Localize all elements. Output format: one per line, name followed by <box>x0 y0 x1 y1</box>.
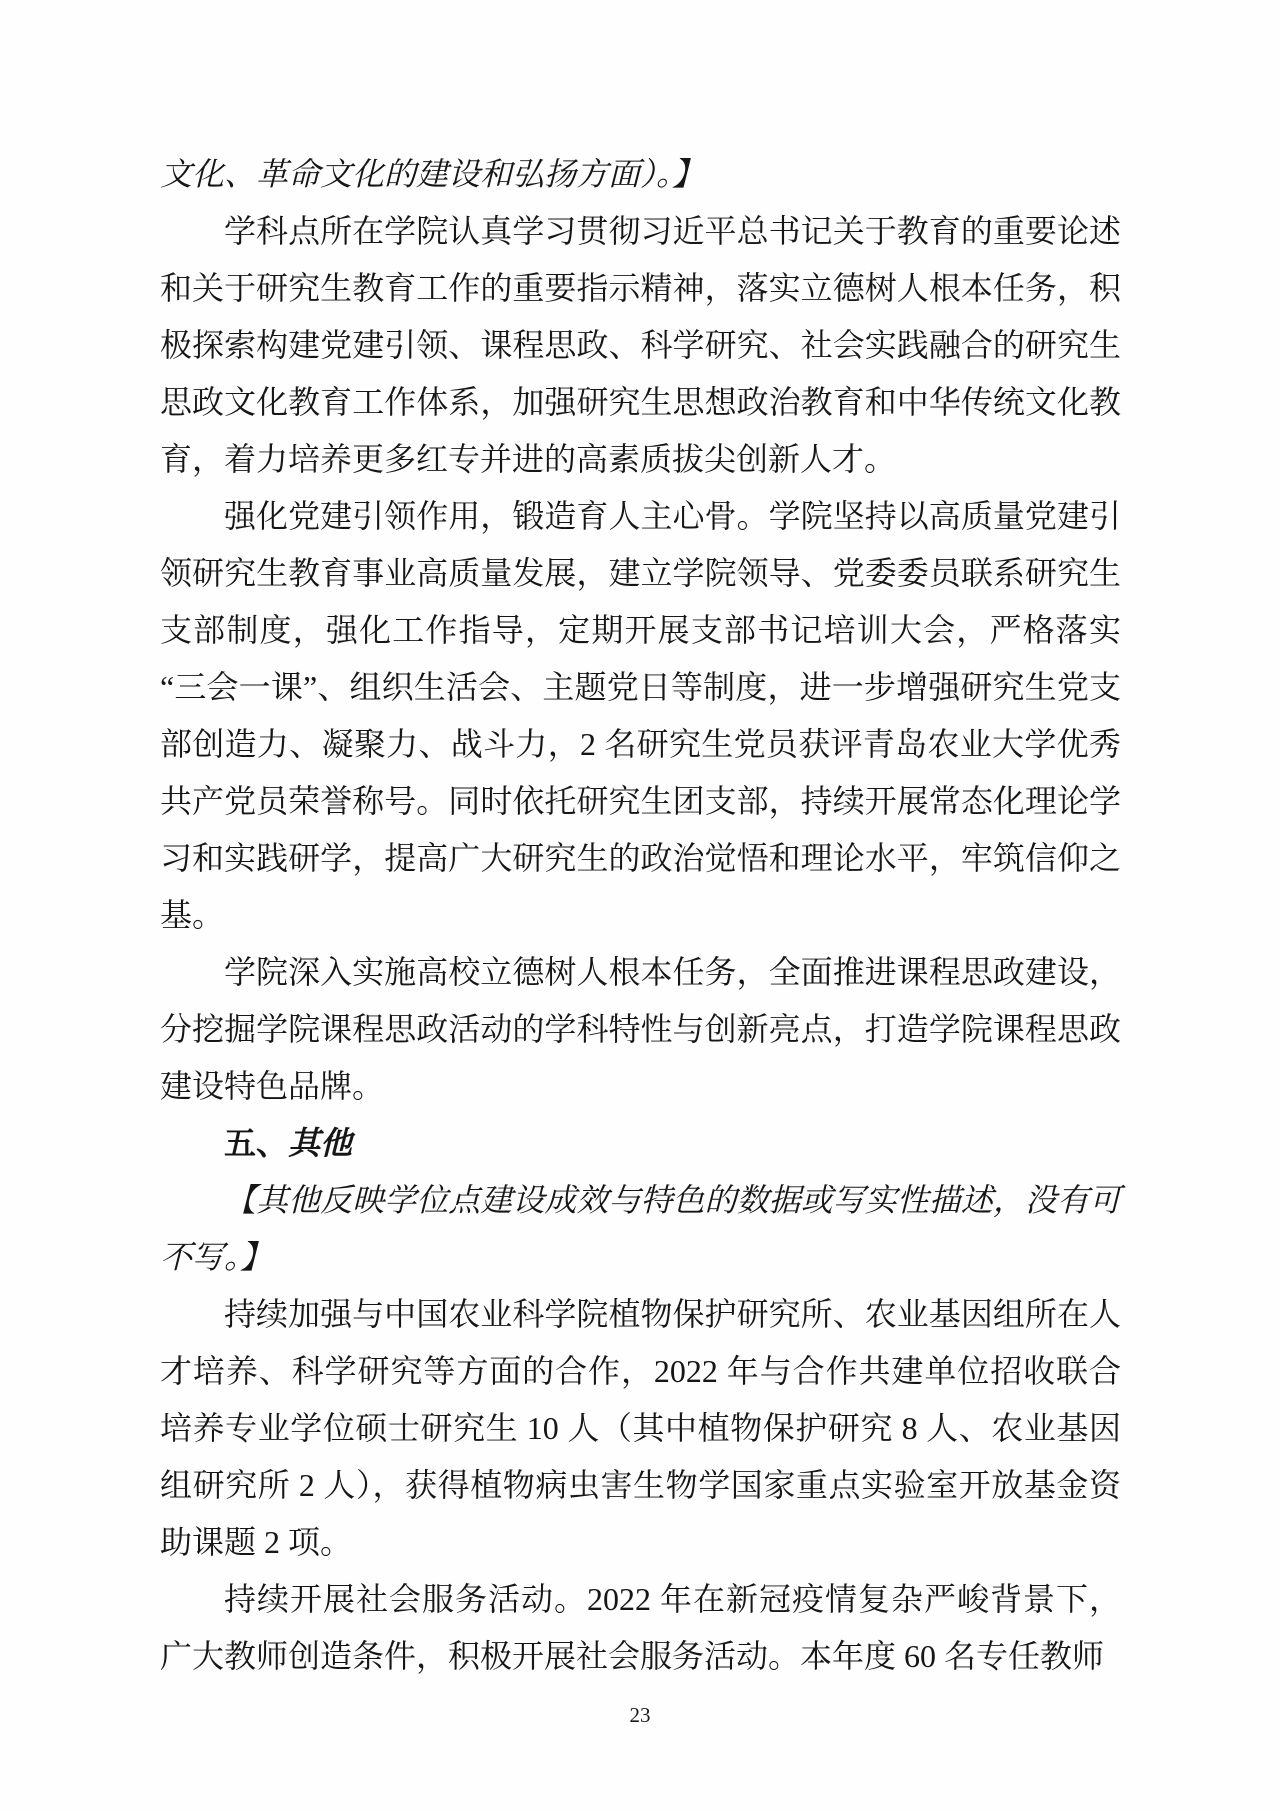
section-heading: 五、其他 <box>160 1115 1121 1172</box>
paragraph: 【其他反映学位点建设成效与特色的数据或写实性描述，没有可不写。】 <box>160 1172 1121 1286</box>
paragraph: 文化、革命文化的建设和弘扬方面）。】 <box>160 146 1121 203</box>
heading-number: 五、 <box>224 1125 288 1161</box>
paragraph: 强化党建引领作用，锻造育人主心骨。学院坚持以高质量党建引领研究生教育事业高质量发… <box>160 488 1121 944</box>
paragraph: 学院深入实施高校立德树人根本任务，全面推进课程思政建设，分挖掘学院课程思政活动的… <box>160 944 1121 1115</box>
page-footer: 23 <box>0 1703 1280 1728</box>
paragraph: 学科点所在学院认真学习贯彻习近平总书记关于教育的重要论述和关于研究生教育工作的重… <box>160 203 1121 488</box>
page-number: 23 <box>630 1703 651 1727</box>
document-body: 文化、革命文化的建设和弘扬方面）。】学科点所在学院认真学习贯彻习近平总书记关于教… <box>160 146 1121 1685</box>
heading-label: 其他 <box>288 1125 352 1161</box>
document-page: 文化、革命文化的建设和弘扬方面）。】学科点所在学院认真学习贯彻习近平总书记关于教… <box>0 0 1280 1811</box>
paragraph: 持续开展社会服务活动。2022 年在新冠疫情复杂严峻背景下，广大教师创造条件，积… <box>160 1571 1121 1685</box>
paragraph: 持续加强与中国农业科学院植物保护研究所、农业基因组所在人才培养、科学研究等方面的… <box>160 1286 1121 1571</box>
